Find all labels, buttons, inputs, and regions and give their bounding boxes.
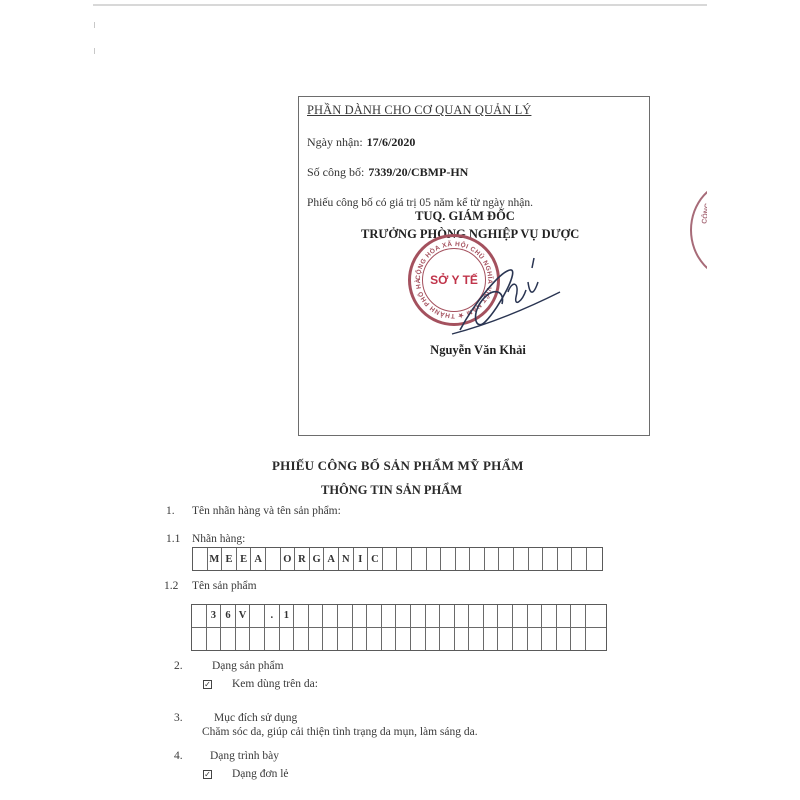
product-cell <box>528 605 543 627</box>
section-4-option: Dạng đơn lẻ <box>232 768 289 780</box>
signatory-title-2: TRƯỞNG PHÒNG NGHIỆP VỤ DƯỢC <box>361 227 661 242</box>
brand-cell <box>558 548 573 570</box>
product-cell <box>338 605 353 627</box>
product-cell <box>265 628 280 651</box>
section-2-label: Dạng sản phẩm <box>212 660 284 672</box>
product-cell <box>353 628 368 651</box>
product-cell <box>236 628 251 651</box>
document-subtitle: THÔNG TIN SẢN PHẨM <box>321 483 462 498</box>
publication-number-label: Số công bố: <box>307 165 364 179</box>
brand-cell: C <box>368 548 383 570</box>
product-cell <box>455 605 470 627</box>
product-cell <box>294 605 309 627</box>
brand-cell <box>427 548 442 570</box>
brand-cell <box>499 548 514 570</box>
product-cell <box>382 605 397 627</box>
signature-icon <box>430 252 570 342</box>
product-cell <box>542 628 557 651</box>
section-1-1-label: Nhãn hàng: <box>192 533 245 545</box>
scan-edge-line <box>93 4 707 6</box>
product-cell <box>367 605 382 627</box>
brand-cell: G <box>310 548 325 570</box>
product-cell <box>309 605 324 627</box>
section-3-number: 3. <box>174 712 183 724</box>
product-cell <box>250 628 265 651</box>
received-date-row: Ngày nhận:17/6/2020 <box>307 135 415 150</box>
product-cell <box>571 605 586 627</box>
product-cell <box>411 605 426 627</box>
product-cell <box>396 628 411 651</box>
scan-right-margin <box>707 0 800 800</box>
product-cell: 3 <box>207 605 222 627</box>
scan-mark <box>94 48 95 54</box>
received-date-value: 17/6/2020 <box>367 135 416 149</box>
section-4-number: 4. <box>174 750 183 762</box>
brand-cell: A <box>324 548 339 570</box>
product-cell <box>469 628 484 651</box>
brand-cell <box>514 548 529 570</box>
product-name-grid: 3 6 V . 1 <box>191 604 607 651</box>
checkbox-cream-icon[interactable]: ✓ <box>203 680 212 689</box>
product-cell <box>323 605 338 627</box>
product-cell: V <box>236 605 251 627</box>
checkbox-single-icon[interactable]: ✓ <box>203 770 212 779</box>
publication-number-value: 7339/20/CBMP-HN <box>368 165 468 179</box>
product-cell <box>440 628 455 651</box>
brand-cell <box>397 548 412 570</box>
brand-cell: E <box>222 548 237 570</box>
product-cell <box>411 628 426 651</box>
section-1-2-label: Tên sản phẩm <box>192 580 257 592</box>
signer-name: Nguyễn Văn Khải <box>403 343 553 358</box>
product-cell <box>498 628 513 651</box>
product-cell <box>542 605 557 627</box>
product-cell <box>338 628 353 651</box>
section-2-number: 2. <box>174 660 183 672</box>
scan-mark <box>94 22 95 28</box>
product-cell: . <box>265 605 280 627</box>
received-date-label: Ngày nhận: <box>307 135 363 149</box>
product-cell <box>309 628 324 651</box>
brand-cell: M <box>208 548 223 570</box>
product-cell <box>557 605 572 627</box>
management-section-title: PHẦN DÀNH CHO CƠ QUAN QUẢN LÝ <box>307 103 531 118</box>
product-cell <box>353 605 368 627</box>
section-3-value: Chăm sóc da, giúp cải thiện tình trạng d… <box>202 726 478 738</box>
product-cell <box>571 628 586 651</box>
product-cell <box>221 628 236 651</box>
product-cell <box>367 628 382 651</box>
product-cell: 6 <box>221 605 236 627</box>
signatory-title-1: TUQ. GIÁM ĐỐC <box>355 209 575 224</box>
brand-cell: N <box>339 548 354 570</box>
product-cell <box>586 605 601 627</box>
brand-cell <box>572 548 587 570</box>
section-2-option: Kem dùng trên da: <box>232 678 318 690</box>
brand-cell <box>587 548 602 570</box>
product-cell <box>498 605 513 627</box>
section-1-2-number: 1.2 <box>164 580 178 592</box>
brand-cell: A <box>251 548 266 570</box>
section-1-1-number: 1.1 <box>166 533 180 545</box>
product-cell <box>586 628 601 651</box>
brand-cell <box>485 548 500 570</box>
product-cell <box>396 605 411 627</box>
brand-cell: E <box>237 548 252 570</box>
product-name-row-2 <box>192 628 606 651</box>
brand-cell <box>441 548 456 570</box>
product-cell <box>250 605 265 627</box>
product-cell <box>294 628 309 651</box>
brand-cell <box>266 548 281 570</box>
product-cell <box>484 628 499 651</box>
document-title: PHIẾU CÔNG BỐ SẢN PHẨM MỸ PHẨM <box>272 458 524 474</box>
product-cell <box>323 628 338 651</box>
section-1-label: Tên nhãn hàng và tên sản phẩm: <box>192 505 341 517</box>
brand-cell <box>543 548 558 570</box>
brand-cell <box>529 548 544 570</box>
product-cell <box>557 628 572 651</box>
product-name-row-1: 3 6 V . 1 <box>192 605 606 628</box>
brand-cell <box>383 548 398 570</box>
product-cell <box>382 628 397 651</box>
product-cell: 1 <box>280 605 295 627</box>
product-cell <box>484 605 499 627</box>
brand-cell <box>456 548 471 570</box>
product-cell <box>192 628 207 651</box>
product-cell <box>192 605 207 627</box>
section-1-number: 1. <box>166 505 175 517</box>
product-cell <box>426 605 441 627</box>
product-cell <box>455 628 470 651</box>
product-cell <box>469 605 484 627</box>
section-4-label: Dạng trình bày <box>210 750 279 762</box>
product-cell <box>426 628 441 651</box>
brand-cell <box>470 548 485 570</box>
product-cell <box>513 628 528 651</box>
brand-cell <box>193 548 208 570</box>
brand-cell: O <box>281 548 296 570</box>
validity-note: Phiếu công bố có giá trị 05 năm kể từ ng… <box>307 197 533 209</box>
product-cell <box>528 628 543 651</box>
product-cell <box>207 628 222 651</box>
brand-cell <box>412 548 427 570</box>
product-cell <box>280 628 295 651</box>
product-cell <box>440 605 455 627</box>
product-cell <box>513 605 528 627</box>
brand-cell: I <box>354 548 369 570</box>
publication-number-row: Số công bố:7339/20/CBMP-HN <box>307 165 468 180</box>
section-3-label: Mục đích sử dụng <box>214 712 297 724</box>
brand-cell: R <box>295 548 310 570</box>
brand-name-grid: M E E A O R G A N I C <box>192 547 603 571</box>
